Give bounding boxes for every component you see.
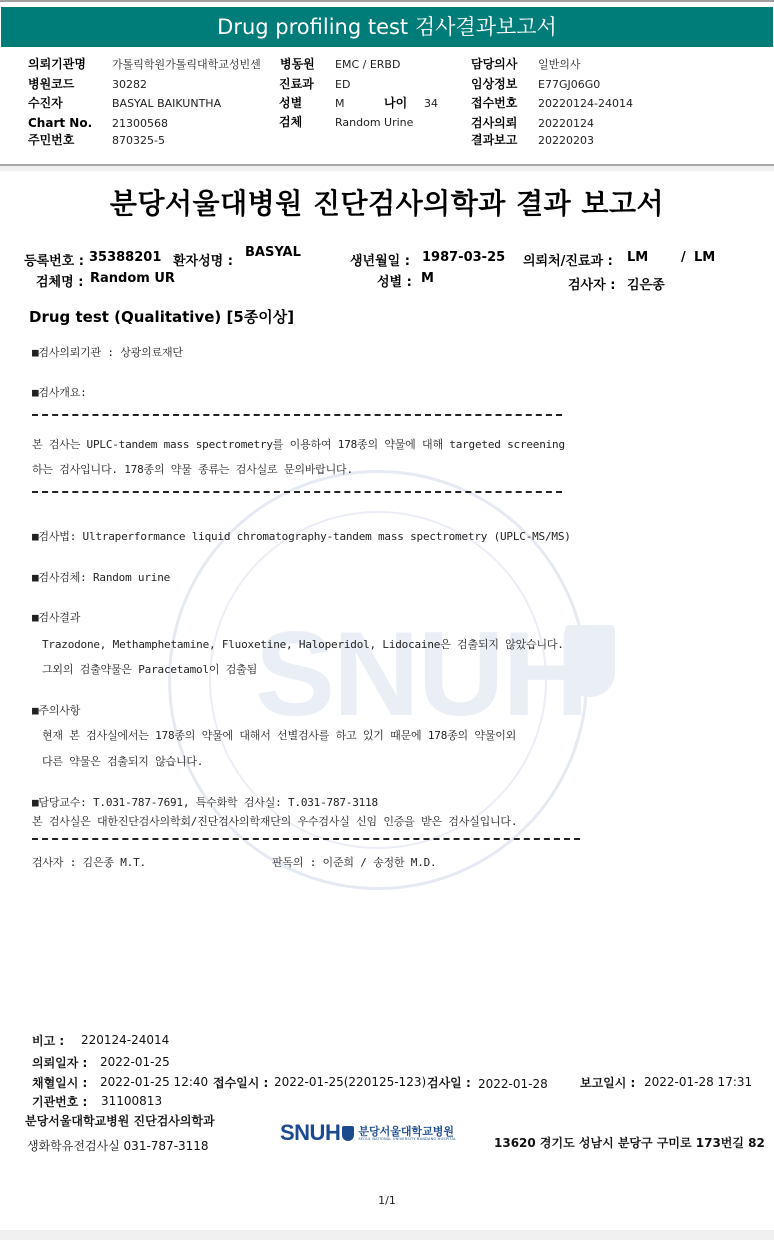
dept-value-2: LM: [694, 250, 715, 265]
summary-row-resident-no: 주민번호: [28, 133, 74, 147]
address-row: 13620 경기도 성남시 분당구 구미로 173번길 82: [494, 1134, 765, 1151]
summary-row-sex: 성별: [279, 96, 302, 110]
value-ward: EMC / ERBD: [335, 57, 400, 72]
value: 21300568: [112, 117, 168, 130]
label: 병동원: [280, 57, 315, 71]
collection-value: 2022-01-25 12:40: [100, 1075, 208, 1089]
caution-line-1: 현재 본 검사실에서는 178종의 약물에 대해서 선별검사를 하고 있기 때문…: [42, 727, 516, 743]
summary-row-clinical-info: 임상정보: [471, 77, 517, 91]
label: 결과보고: [471, 133, 517, 147]
request-date-row: 의뢰일자 :: [32, 1054, 87, 1071]
value: Random Urine: [335, 116, 413, 129]
value-age: 34: [424, 96, 438, 111]
logo-names: 분당서울대학교병원 SEOUL NATIONAL UNIVERSITY BUND…: [358, 1126, 456, 1141]
tester-signature: 검사자 : 김은종 M.T.: [32, 854, 146, 870]
receipt-row: 접수일시 :: [213, 1074, 268, 1091]
value: 34: [424, 97, 438, 110]
logo-english-name: SEOUL NATIONAL UNIVERSITY BUNDANG HOSPIT…: [358, 1137, 456, 1141]
result-heading: ■검사결과: [32, 609, 80, 625]
request-date-value: 2022-01-25: [100, 1055, 170, 1069]
test-subtitle: Drug test (Qualitative) [5종이상]: [29, 306, 294, 327]
institution-no-label: 기관번호 :: [32, 1095, 87, 1109]
value-result-date: 20220203: [538, 133, 594, 148]
report-title: 분당서울대병원 진단검사의학과 결과 보고서: [0, 182, 774, 222]
summary-row-ward: 병동원: [280, 57, 315, 71]
shield-icon: [342, 1126, 354, 1141]
overview-line-1: 본 검사는 UPLC-tandem mass spectrometry를 이용하…: [32, 436, 565, 452]
label: 접수번호: [471, 96, 517, 110]
summary-row-hospital-code: 병원코드: [28, 77, 74, 91]
label: 성별: [279, 96, 302, 110]
label: 진료과: [279, 77, 314, 91]
caution-line-2: 다른 약물은 검출되지 않습니다.: [42, 753, 203, 769]
tester-label: 검사자 :: [568, 274, 615, 293]
patient-name-value: BASYAL: [245, 245, 301, 260]
value: E77GJ06G0: [538, 78, 600, 91]
value: 20220203: [538, 134, 594, 147]
label: 검사의뢰: [471, 116, 517, 130]
page-gap: [0, 166, 774, 171]
value-doctor: 일반의사: [538, 57, 581, 72]
receipt-value: 2022-01-25(220125-123): [274, 1075, 426, 1089]
test-date-label: 검사일 :: [427, 1076, 471, 1090]
request-date-label: 의뢰일자 :: [32, 1056, 87, 1070]
summary-row-request-date: 검사의뢰: [471, 116, 517, 130]
label: 검체: [279, 115, 302, 129]
certification-line: 본 검사실은 대한진단검사의학회/진단검사의학재단의 우수검사실 신임 인증을 …: [32, 813, 517, 829]
value-patient: BASYAL BAIKUNTHA: [112, 96, 221, 111]
reader-signature: 판독의 : 이준희 / 송정한 M.D.: [272, 854, 436, 870]
value: 870325-5: [112, 134, 165, 147]
label: 임상정보: [471, 77, 517, 91]
report-time-row: 보고일시 :: [580, 1074, 635, 1091]
label: 주민번호: [28, 133, 74, 147]
dashed-divider: [32, 491, 562, 493]
dob-value: 1987-03-25: [422, 250, 505, 265]
specimen-value: Random UR: [90, 271, 175, 286]
logo-text: SNUH: [280, 1120, 340, 1146]
caution-heading: ■주의사항: [32, 702, 80, 718]
test-date-value: 2022-01-28: [478, 1077, 548, 1091]
reg-no-value: 35388201: [89, 250, 161, 265]
label: 의뢰기관명: [28, 57, 86, 71]
result-line-2: 그외의 검출약물은 Paracetamol이 검출됨: [42, 661, 257, 677]
collection-row: 채혈일시 :: [32, 1074, 87, 1091]
page-number: 1/1: [0, 1194, 774, 1207]
summary-row-result-date: 결과보고: [471, 133, 517, 147]
logo-korean-name: 분당서울대학교병원: [358, 1126, 456, 1137]
summary-row-patient: 수진자: [28, 96, 63, 110]
collection-label: 채혈일시 :: [32, 1076, 87, 1090]
label: 담당의사: [471, 57, 517, 71]
institution-line: ■검사의뢰기관 : 상광의료재단: [32, 344, 183, 360]
specimen-line: ■검사검체: Random urine: [32, 569, 170, 585]
overview-line-2: 하는 검사입니다. 178종의 약물 종류는 검사실로 문의바랍니다.: [32, 461, 353, 477]
value-request-date: 20220124: [538, 116, 594, 131]
watermark-logo-text: SNUH: [255, 605, 587, 743]
institution-no-row: 기관번호 :: [32, 1093, 87, 1110]
value-hospital-code: 30282: [112, 77, 147, 92]
dob-label: 생년월일 :: [350, 250, 410, 269]
dept-name-row: 분당서울대학교병원 진단검사의학과: [25, 1112, 215, 1129]
label: 병원코드: [28, 77, 74, 91]
dashed-divider: [32, 414, 562, 416]
institution-no-value: 31100813: [101, 1094, 162, 1108]
value: M: [335, 97, 345, 110]
value: 가톨릭학원가톨릭대학교성빈센: [112, 58, 261, 71]
value-sex: M: [335, 96, 345, 111]
summary-row-age: 나이: [384, 96, 407, 110]
dept-name: 분당서울대학교병원 진단검사의학과: [25, 1114, 215, 1128]
page-title: Drug profiling test 검사결과보고서: [1, 7, 773, 47]
reg-no-label: 등록번호 :: [24, 250, 84, 269]
value: 20220124-24014: [538, 97, 633, 110]
sex-value: M: [421, 271, 434, 286]
value: 20220124: [538, 117, 594, 130]
value-receipt-no: 20220124-24014: [538, 96, 633, 111]
summary-row-dept: 진료과: [279, 77, 314, 91]
note-label: 비고 :: [32, 1034, 64, 1048]
label: 나이: [384, 96, 407, 110]
value-resident-no: 870325-5: [112, 133, 165, 148]
value: 일반의사: [538, 58, 581, 71]
value-specimen: Random Urine: [335, 115, 413, 130]
value-chart-no: 21300568: [112, 116, 168, 131]
dept-value-1: LM: [627, 250, 648, 265]
sex-label: 성별 :: [377, 271, 412, 290]
dept-label: 의뢰처/진료과 :: [523, 250, 613, 269]
note-value: 220124-24014: [81, 1033, 169, 1047]
page-bottom-gap: [0, 1230, 774, 1240]
report-time-label: 보고일시 :: [580, 1076, 635, 1090]
note-row: 비고 :: [32, 1032, 64, 1049]
hospital-logo: SNUH 분당서울대학교병원 SEOUL NATIONAL UNIVERSITY…: [280, 1120, 456, 1146]
dept-separator: /: [681, 250, 686, 265]
overview-heading: ■검사개요:: [32, 384, 87, 400]
value: 30282: [112, 78, 147, 91]
contact-line: ■담당교수: T.031-787-7691, 특수화학 검사실: T.031-7…: [32, 794, 378, 810]
label: Chart No.: [28, 116, 92, 130]
method-line: ■검사법: Ultraperformance liquid chromatogr…: [32, 528, 571, 544]
lab-phone: 생화학유전검사실 031-787-3118: [27, 1137, 209, 1154]
patient-name-label: 환자성명 :: [173, 250, 233, 269]
specimen-label: 검체명 :: [36, 271, 83, 290]
summary-row-specimen: 검체: [279, 115, 302, 129]
label: 수진자: [28, 96, 63, 110]
value: ED: [335, 78, 350, 91]
summary-row-institution: 의뢰기관명: [28, 57, 86, 71]
top-border: [0, 0, 774, 2]
address: 13620 경기도 성남시 분당구 구미로 173번길 82: [494, 1136, 765, 1150]
value: EMC / ERBD: [335, 58, 400, 71]
result-line-1: Trazodone, Methamphetamine, Fluoxetine, …: [42, 636, 564, 652]
summary-row-doctor: 담당의사: [471, 57, 517, 71]
summary-row-receipt-no: 접수번호: [471, 96, 517, 110]
test-date-row: 검사일 :: [427, 1074, 471, 1091]
report-time-value: 2022-01-28 17:31: [644, 1075, 752, 1089]
value-clinical-info: E77GJ06G0: [538, 77, 600, 92]
value-dept: ED: [335, 77, 350, 92]
watermark-shield-icon: [565, 625, 615, 697]
value: BASYAL BAIKUNTHA: [112, 97, 221, 110]
value-institution: 가톨릭학원가톨릭대학교성빈센: [112, 57, 261, 72]
dashed-divider: [32, 838, 580, 840]
receipt-label: 접수일시 :: [213, 1076, 268, 1090]
summary-row-chart-no: Chart No.: [28, 116, 92, 130]
tester-value: 김은종: [627, 274, 665, 293]
